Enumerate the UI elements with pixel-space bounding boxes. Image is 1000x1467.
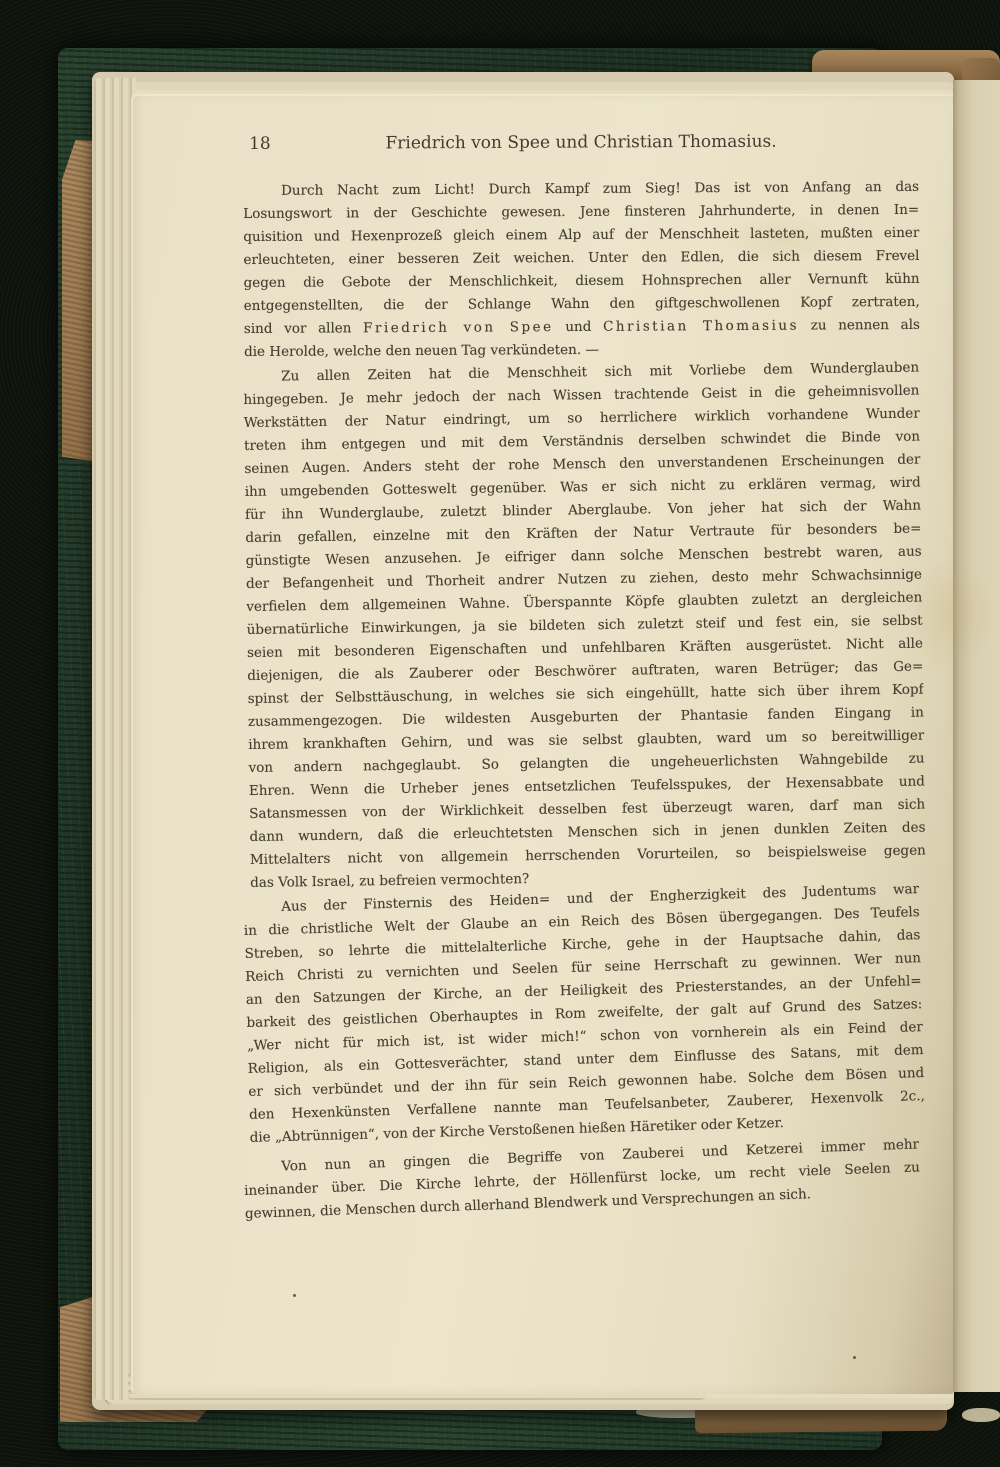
text-fragment: sind vor allen xyxy=(244,320,363,337)
facing-page-sliver xyxy=(953,80,1000,1392)
page-number: 18 xyxy=(249,134,271,154)
text-fragment: zu nennen als xyxy=(799,317,920,334)
page-speck xyxy=(853,1356,856,1359)
book-page: 18 Friedrich von Spee und Christian Thom… xyxy=(131,94,953,1394)
person-name-spee: Friedrich von Spee xyxy=(363,319,554,336)
text-line: sind vor allen Friedrich von Spee und Ch… xyxy=(244,314,920,341)
text-fragment: und xyxy=(554,319,604,335)
cover-wear-chip xyxy=(962,1408,1000,1422)
paragraph-2: Zu allen Zeiten hat die Menschheit sich … xyxy=(243,357,926,895)
page-speck xyxy=(293,1294,296,1297)
page-edges-left xyxy=(94,78,136,1400)
person-name-thomasius: Christian Thomasius xyxy=(603,318,799,335)
page-header: 18 Friedrich von Spee und Christian Thom… xyxy=(243,131,919,154)
paragraph-1: Durch Nacht zum Licht! Durch Kampf zum S… xyxy=(243,176,920,364)
running-title: Friedrich von Spee und Christian Thomasi… xyxy=(243,131,919,154)
paragraph-4: Von nun an gingen die Begriffe von Zaube… xyxy=(243,1133,921,1226)
paragraph-3: Aus der Finsternis des Heiden= und der E… xyxy=(243,878,926,1150)
book-photo: 18 Friedrich von Spee und Christian Thom… xyxy=(0,0,1000,1467)
